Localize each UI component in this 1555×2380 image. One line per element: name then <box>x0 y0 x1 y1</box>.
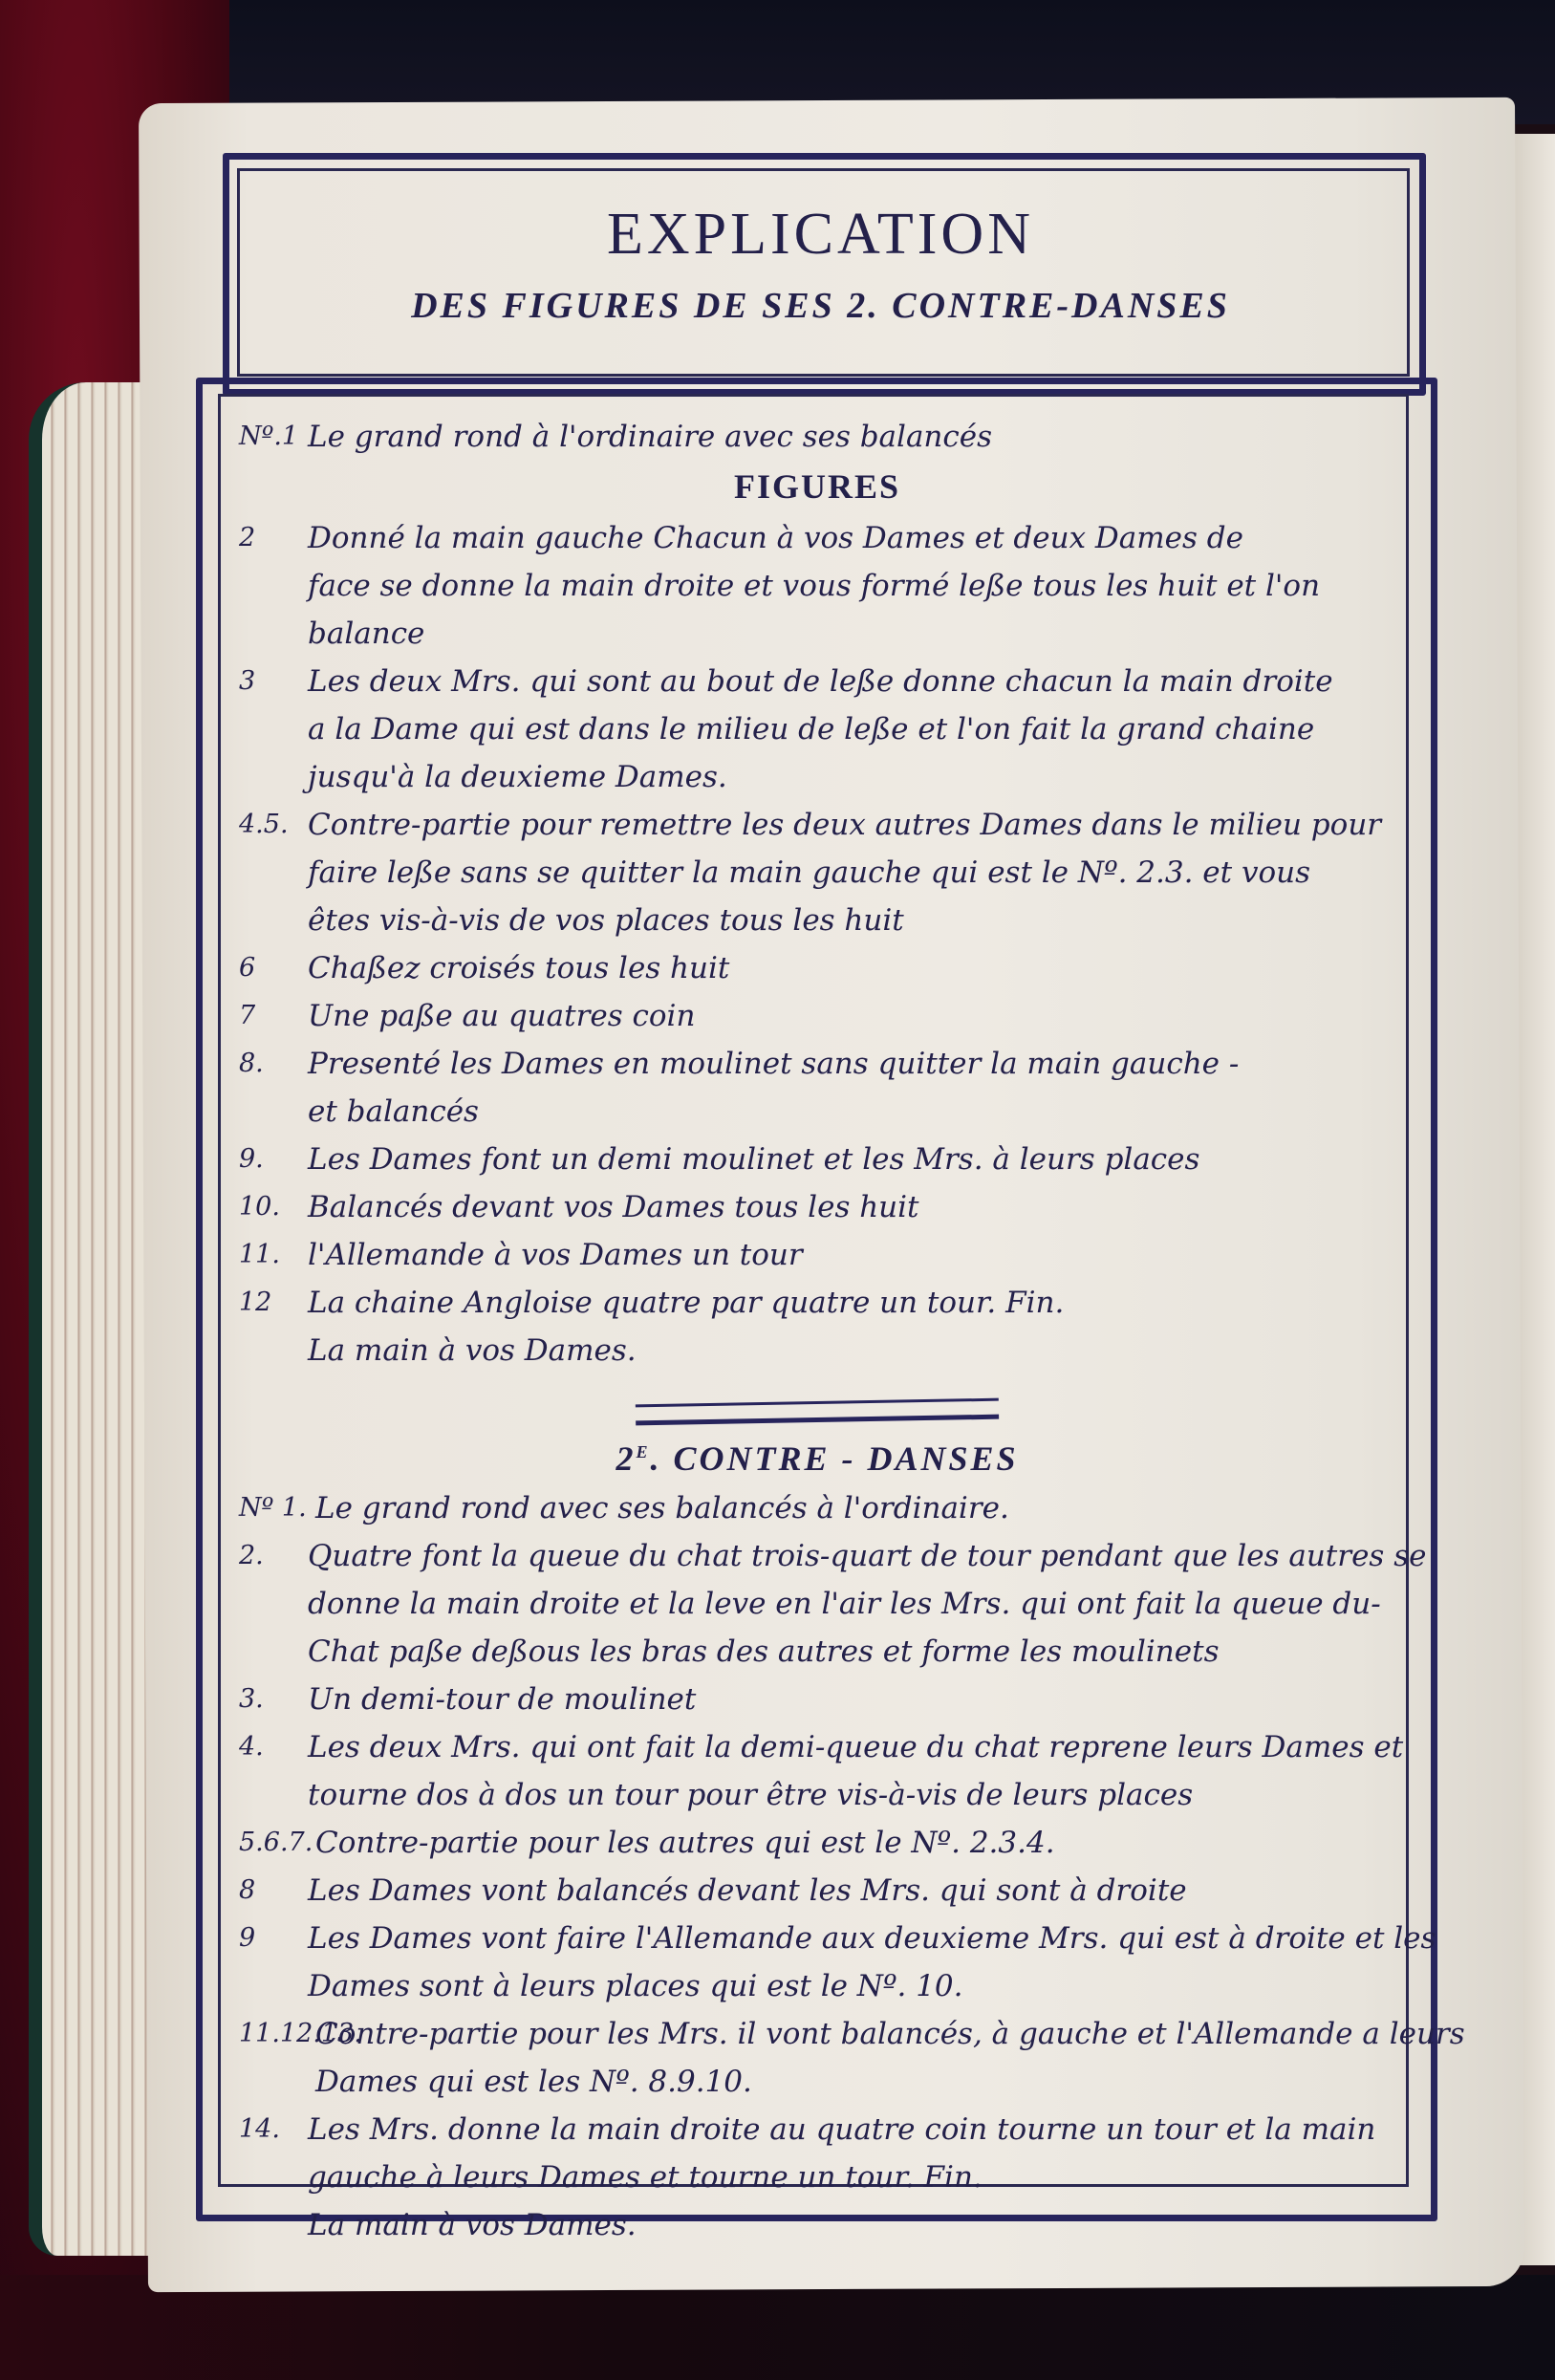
figure-entry: 4.5.Contre-partie pour remettre les deux… <box>239 801 1395 944</box>
figure-entry: 2.Quatre font la queue du chat trois-qua… <box>239 1532 1395 1676</box>
figure-text-line: Dames qui est les Nº. 8.9.10. <box>315 2058 1465 2106</box>
figure-text: Contre-partie pour les Mrs. il vont bala… <box>315 2010 1465 2106</box>
figure-text-line: face se donne la main droite et vous for… <box>308 562 1395 610</box>
heading-number: 2 <box>616 1439 636 1478</box>
figure-number: 7 <box>239 992 308 1040</box>
figure-entry: 4.Les deux Mrs. qui ont fait la demi-que… <box>239 1723 1395 1819</box>
figure-entry: 7Une paße au quatres coin <box>239 992 1395 1040</box>
figure-text: Balancés devant vos Dames tous les huit <box>308 1183 1395 1231</box>
figure-entry: 12La chaine Angloise quatre par quatre u… <box>239 1279 1395 1374</box>
figure-text-line: Les deux Mrs. qui ont fait la demi-queue… <box>308 1723 1403 1771</box>
figure-text-line: êtes vis-à-vis de vos places tous les hu… <box>308 897 1395 944</box>
figure-number: 10. <box>239 1183 308 1231</box>
figure-entry: 3Les deux Mrs. qui sont au bout de leße … <box>239 658 1395 801</box>
figure-number: 5.6.7. <box>239 1819 315 1867</box>
figure-number: 4. <box>239 1723 308 1819</box>
figure-text: Le grand rond à l'ordinaire avec ses bal… <box>308 413 1395 461</box>
figure-text: Quatre font la queue du chat trois-quart… <box>308 1532 1426 1676</box>
figure-number: 12 <box>239 1279 308 1374</box>
figure-text-line: Le grand rond avec ses balancés à l'ordi… <box>315 1484 1395 1532</box>
figure-text: Les deux Mrs. qui sont au bout de leße d… <box>308 658 1395 801</box>
figure-text-line: l'Allemande à vos Dames un tour <box>308 1231 1395 1279</box>
figure-text: Les Dames font un demi moulinet et les M… <box>308 1136 1395 1183</box>
figure-entry: 6Chaßez croisés tous les huit <box>239 944 1395 992</box>
figure-text-line: Contre-partie pour les Mrs. il vont bala… <box>315 2010 1465 2058</box>
figure-number: 4.5. <box>239 801 308 944</box>
figure-number: 6 <box>239 944 308 992</box>
figure-entry: 8Les Dames vont balancés devant les Mrs.… <box>239 1867 1395 1915</box>
figure-text-line: Les Mrs. donne la main droite au quatre … <box>308 2106 1395 2153</box>
title-frame-inner <box>237 168 1410 377</box>
figure-number: 2 <box>239 514 308 658</box>
figure-text-line: Les Dames vont faire l'Allemande aux deu… <box>308 1915 1436 1962</box>
figure-text-line: La chaine Angloise quatre par quatre un … <box>308 1279 1395 1327</box>
figure-text-line: jusqu'à la deuxieme Dames. <box>308 753 1395 801</box>
figure-text-line: Presenté les Dames en moulinet sans quit… <box>308 1040 1395 1088</box>
figure-entry: 5.6.7.Contre-partie pour les autres qui … <box>239 1819 1395 1867</box>
figure-text-line: balance <box>308 610 1395 658</box>
figure-text-line: Les Dames font un demi moulinet et les M… <box>308 1136 1395 1183</box>
figure-text: Contre-partie pour remettre les deux aut… <box>308 801 1395 944</box>
figure-entry: 9Les Dames vont faire l'Allemande aux de… <box>239 1915 1395 2010</box>
figure-number: 9. <box>239 1136 308 1183</box>
figure-text: Contre-partie pour les autres qui est le… <box>315 1819 1395 1867</box>
figure-text-line: a la Dame qui est dans le milieu de leße… <box>308 705 1395 753</box>
figure-number: 11.12.13. <box>239 2010 315 2106</box>
figure-number: 3. <box>239 1676 308 1723</box>
page-content: Nº.1 Le grand rond à l'ordinaire avec se… <box>239 413 1395 2249</box>
figure-text-line: faire leße sans se quitter la main gauch… <box>308 849 1395 897</box>
page-title: EXPLICATION <box>237 201 1404 269</box>
figure-number: 8 <box>239 1867 308 1915</box>
figure-text-line: Chaßez croisés tous les huit <box>308 944 1395 992</box>
figure-text-line: donne la main droite et la leve en l'air… <box>308 1580 1426 1628</box>
figure-text-line: Donné la main gauche Chacun à vos Dames … <box>308 514 1395 562</box>
figure-text-line: Une paße au quatres coin <box>308 992 1395 1040</box>
figure-text: Les Dames vont balancés devant les Mrs. … <box>308 1867 1395 1915</box>
figure-text: Les Mrs. donne la main droite au quatre … <box>308 2106 1395 2249</box>
heading-text: CONTRE - DANSES <box>673 1439 1018 1478</box>
figure-text: Donné la main gauche Chacun à vos Dames … <box>308 514 1395 658</box>
figure-entry: 14.Les Mrs. donne la main droite au quat… <box>239 2106 1395 2249</box>
figure-text-line: Contre-partie pour remettre les deux aut… <box>308 801 1395 849</box>
figure-text-line: Contre-partie pour les autres qui est le… <box>315 1819 1395 1867</box>
figure-text-line: Chat paße deßous les bras des autres et … <box>308 1628 1426 1676</box>
heading-superscript: E <box>636 1442 650 1461</box>
figure-number: 14. <box>239 2106 308 2249</box>
figure-text-line: La main à vos Dames. <box>308 1327 1395 1374</box>
figure-entry: 8.Presenté les Dames en moulinet sans qu… <box>239 1040 1395 1136</box>
ornamental-divider <box>636 1398 999 1426</box>
first-dance-figures: 2Donné la main gauche Chacun à vos Dames… <box>239 514 1395 1374</box>
figure-entry: Nº 1.Le grand rond avec ses balancés à l… <box>239 1484 1395 1532</box>
figure-text-line: tourne dos à dos un tour pour être vis-à… <box>308 1771 1403 1819</box>
figure-number: 2. <box>239 1532 308 1676</box>
figure-text: l'Allemande à vos Dames un tour <box>308 1231 1395 1279</box>
second-dance-heading: 2E. CONTRE - DANSES <box>239 1428 1395 1482</box>
figure-entry: 2Donné la main gauche Chacun à vos Dames… <box>239 514 1395 658</box>
figure-text-line: Balancés devant vos Dames tous les huit <box>308 1183 1395 1231</box>
figure-text: Un demi-tour de moulinet <box>308 1676 1395 1723</box>
figure-text: Chaßez croisés tous les huit <box>308 944 1395 992</box>
figure-number: 8. <box>239 1040 308 1136</box>
figure-text-line: Quatre font la queue du chat trois-quart… <box>308 1532 1426 1580</box>
figure-entry: 11.12.13.Contre-partie pour les Mrs. il … <box>239 2010 1395 2106</box>
figure-text-line: Dames sont à leurs places qui est le Nº.… <box>308 1962 1436 2010</box>
page-subtitle: DES FIGURES DE SES 2. CONTRE-DANSES <box>237 285 1404 327</box>
figure-text: Les deux Mrs. qui ont fait la demi-queue… <box>308 1723 1403 1819</box>
figure-text: Une paße au quatres coin <box>308 992 1395 1040</box>
figure-text: La chaine Angloise quatre par quatre un … <box>308 1279 1395 1374</box>
figure-number: Nº.1 <box>239 413 308 461</box>
figure-number: 3 <box>239 658 308 801</box>
opening-figure: Nº.1 Le grand rond à l'ordinaire avec se… <box>239 413 1395 461</box>
figure-entry: 11.l'Allemande à vos Dames un tour <box>239 1231 1395 1279</box>
figure-text-line: gauche à leurs Dames et tourne un tour. … <box>308 2153 1395 2201</box>
figure-text: Presenté les Dames en moulinet sans quit… <box>308 1040 1395 1136</box>
second-dance-figures: Nº 1.Le grand rond avec ses balancés à l… <box>239 1484 1395 2249</box>
figure-text: Le grand rond avec ses balancés à l'ordi… <box>315 1484 1395 1532</box>
figure-entry: 10.Balancés devant vos Dames tous les hu… <box>239 1183 1395 1231</box>
figure-number: 11. <box>239 1231 308 1279</box>
figure-entry: 3.Un demi-tour de moulinet <box>239 1676 1395 1723</box>
figure-number: Nº 1. <box>239 1484 315 1532</box>
figure-text-line: Les deux Mrs. qui sont au bout de leße d… <box>308 658 1395 705</box>
figures-heading: FIGURES <box>239 463 1395 510</box>
figure-text-line: La main à vos Dames. <box>308 2201 1395 2249</box>
figure-text-line: Les Dames vont balancés devant les Mrs. … <box>308 1867 1395 1915</box>
figure-text-line: Un demi-tour de moulinet <box>308 1676 1395 1723</box>
figure-entry: 9.Les Dames font un demi moulinet et les… <box>239 1136 1395 1183</box>
figure-text: Les Dames vont faire l'Allemande aux deu… <box>308 1915 1436 2010</box>
figure-number: 9 <box>239 1915 308 2010</box>
figure-text-line: et balancés <box>308 1088 1395 1136</box>
